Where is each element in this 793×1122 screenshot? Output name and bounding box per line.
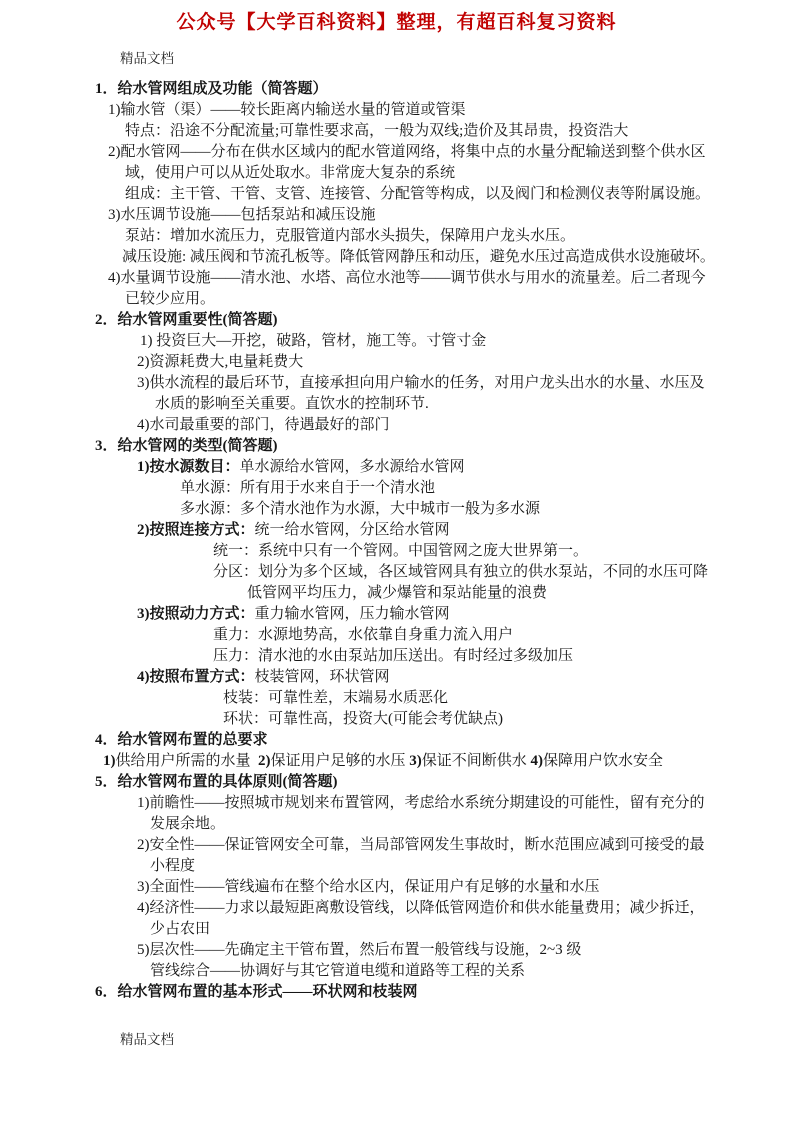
doc-line: 低管网平均压力，减少爆管和泵站能量的浪费 <box>95 583 760 604</box>
doc-text-segment: 3) <box>409 753 422 769</box>
doc-line: 压力：清水池的水由泵站加压送出。有时经过多级加压 <box>95 646 760 667</box>
doc-text-segment: 3)全面性——管线遍布在整个给水区内，保证用户有足够的水量和水压 <box>137 879 600 895</box>
doc-heading: 5．给水管网布置的具体原则(简答题) <box>95 772 760 793</box>
doc-heading: 1．给水管网组成及功能（简答题） <box>95 79 760 100</box>
doc-line: 1)前瞻性——按照城市规划来布置管网，考虑给水系统分期建设的可能性，留有充分的 <box>95 793 760 814</box>
doc-line: 1) 投资巨大—开挖，破路，管材，施工等。寸管寸金 <box>95 331 760 352</box>
doc-line: 3)供水流程的最后环节，直接承担向用户输水的任务，对用户龙头出水的水量、水压及 <box>95 373 760 394</box>
doc-line: 环状：可靠性高，投资大(可能会考优缺点) <box>95 709 760 730</box>
doc-line: 发展余地。 <box>95 814 760 835</box>
doc-text-segment: 1) 投资巨大—开挖，破路，管材，施工等。寸管寸金 <box>140 333 486 349</box>
doc-line: 1)按水源数目：单水源给水管网，多水源给水管网 <box>95 457 760 478</box>
doc-text-segment: 4)水量调节设施——清水池、水塔、高位水池等——调节供水与用水的流量差。后二者现… <box>108 270 706 286</box>
doc-line: 2)配水管网——分布在供水区域内的配水管道网络，将集中点的水量分配输送到整个供水… <box>95 142 760 163</box>
doc-line: 特点：沿途不分配流量;可靠性要求高，一般为双线;造价及其昂贵，投资浩大 <box>95 121 760 142</box>
doc-text-segment: 环状：可靠性高，投资大(可能会考优缺点) <box>223 711 503 727</box>
doc-text-segment: 单水源：所有用于水来自于一个清水池 <box>180 480 435 496</box>
doc-line: 分区：划分为多个区域，各区域管网具有独立的供水泵站，不同的水压可降 <box>95 562 760 583</box>
doc-text-segment: 1)输水管（渠）——较长距离内输送水量的管道或管渠 <box>108 102 466 118</box>
doc-line: 减压设施: 减压阀和节流孔板等。降低管网静压和动压，避免水压过高造成供水设施破坏… <box>95 247 760 268</box>
doc-line: 枝装：可靠性差，末端易水质恶化 <box>95 688 760 709</box>
doc-line: 3)按照动力方式：重力输水管网，压力输水管网 <box>95 604 760 625</box>
doc-text-segment: 3)按照动力方式： <box>137 606 255 622</box>
doc-text-segment: 小程度 <box>150 858 195 874</box>
doc-text-segment: 重力：水源地势高，水依靠自身重力流入用户 <box>213 627 513 643</box>
doc-text-segment: 4) <box>531 753 544 769</box>
doc-text-segment: 1) <box>103 753 116 769</box>
doc-text-segment: 3．给水管网的类型(简答题) <box>95 438 278 454</box>
doc-line: 管线综合——协调好与其它管道电缆和道路等工程的关系 <box>95 961 760 982</box>
doc-text-segment: 特点：沿途不分配流量;可靠性要求高，一般为双线;造价及其昂贵，投资浩大 <box>125 123 628 139</box>
doc-text-segment: 2)资源耗费大,电量耗费大 <box>137 354 303 370</box>
doc-text-segment: 1．给水管网组成及功能（简答题） <box>95 81 328 97</box>
doc-text-segment: 管线综合——协调好与其它管道电缆和道路等工程的关系 <box>150 963 525 979</box>
doc-text-segment: 2)安全性——保证管网安全可靠，当局部管网发生事故时，断水范围应减到可接受的最 <box>137 837 705 853</box>
doc-text-segment: 2) <box>258 753 271 769</box>
doc-text-segment: 保证不间断供水 <box>422 753 531 769</box>
doc-text-segment: 2)配水管网——分布在供水区域内的配水管道网络，将集中点的水量分配输送到整个供水… <box>108 144 706 160</box>
doc-line: 4)按照布置方式：枝装管网，环状管网 <box>95 667 760 688</box>
doc-line: 1)输水管（渠）——较长距离内输送水量的管道或管渠 <box>95 100 760 121</box>
doc-line: 1)供给用户所需的水量 2)保证用户足够的水压 3)保证不间断供水 4)保障用户… <box>95 751 760 772</box>
doc-line: 水质的影响至关重要。直饮水的控制环节. <box>95 394 760 415</box>
doc-heading: 6．给水管网布置的基本形式——环状网和枝装网 <box>95 982 760 1003</box>
doc-text-segment: 枝装：可靠性差，末端易水质恶化 <box>223 690 448 706</box>
doc-text-segment: 统一给水管网，分区给水管网 <box>255 522 450 538</box>
doc-line: 泵站：增加水流压力，克服管道内部水头损失，保障用户龙头水压。 <box>95 226 760 247</box>
doc-line: 4)水量调节设施——清水池、水塔、高位水池等——调节供水与用水的流量差。后二者现… <box>95 268 760 289</box>
doc-text-segment: 保证用户足够的水压 <box>271 753 410 769</box>
doc-text-segment: 分区：划分为多个区域，各区域管网具有独立的供水泵站，不同的水压可降 <box>213 564 708 580</box>
doc-line: 小程度 <box>95 856 760 877</box>
doc-line: 5)层次性——先确定主干管布置，然后布置一般管线与设施，2~3 级 <box>95 940 760 961</box>
doc-text-segment: 保障用户饮水安全 <box>543 753 663 769</box>
doc-text-segment: 压力：清水池的水由泵站加压送出。有时经过多级加压 <box>213 648 573 664</box>
doc-line: 3)水压调节设施——包括泵站和减压设施 <box>95 205 760 226</box>
doc-text-segment: 5)层次性——先确定主干管布置，然后布置一般管线与设施，2~3 级 <box>137 942 581 958</box>
doc-line: 重力：水源地势高，水依靠自身重力流入用户 <box>95 625 760 646</box>
doc-line: 4)经济性——力求以最短距离敷设管线，以降低管网造价和供水能量费用；减少拆迁， <box>95 898 760 919</box>
doc-text-segment: 域，使用户可以从近处取水。非常庞大复杂的系统 <box>125 165 455 181</box>
promo-header: 公众号【大学百科资料】整理，有超百科复习资料 <box>0 7 793 34</box>
doc-text-segment: 1)前瞻性——按照城市规划来布置管网，考虑给水系统分期建设的可能性，留有充分的 <box>137 795 705 811</box>
doc-text-segment: 5．给水管网布置的具体原则(简答题) <box>95 774 338 790</box>
doc-line: 2)资源耗费大,电量耗费大 <box>95 352 760 373</box>
doc-text-segment: 水质的影响至关重要。直饮水的控制环节. <box>155 396 429 412</box>
doc-text-segment: 3)水压调节设施——包括泵站和减压设施 <box>108 207 376 223</box>
doc-line: 域，使用户可以从近处取水。非常庞大复杂的系统 <box>95 163 760 184</box>
doc-text-segment: 低管网平均压力，减少爆管和泵站能量的浪费 <box>247 585 547 601</box>
doc-text-segment: 已较少应用。 <box>125 291 215 307</box>
doc-text-segment: 发展余地。 <box>150 816 225 832</box>
doc-line: 3)全面性——管线遍布在整个给水区内，保证用户有足够的水量和水压 <box>95 877 760 898</box>
doc-text-segment: 泵站：增加水流压力，克服管道内部水头损失，保障用户龙头水压。 <box>125 228 575 244</box>
doc-text-segment: 4)经济性——力求以最短距离敷设管线，以降低管网造价和供水能量费用；减少拆迁， <box>137 900 705 916</box>
doc-text-segment: 统一：系统中只有一个管网。中国管网之庞大世界第一。 <box>213 543 588 559</box>
doc-text-segment: 2．给水管网重要性(简答题) <box>95 312 278 328</box>
doc-text-segment: 4)水司最重要的部门，待遇最好的部门 <box>137 417 390 433</box>
doc-text-segment: 4)按照布置方式： <box>137 669 255 685</box>
doc-line: 2)安全性——保证管网安全可靠，当局部管网发生事故时，断水范围应减到可接受的最 <box>95 835 760 856</box>
document-page: 公众号【大学百科资料】整理，有超百科复习资料 精品文档 1．给水管网组成及功能（… <box>0 0 793 1122</box>
doc-text-segment: 2)按照连接方式： <box>137 522 255 538</box>
doc-line: 2)按照连接方式：统一给水管网，分区给水管网 <box>95 520 760 541</box>
doc-text-segment: 3)供水流程的最后环节，直接承担向用户输水的任务，对用户龙头出水的水量、水压及 <box>137 375 705 391</box>
doc-text-segment: 多水源：多个清水池作为水源，大中城市一般为多水源 <box>180 501 540 517</box>
doc-text-segment: 6．给水管网布置的基本形式——环状网和枝装网 <box>95 984 418 1000</box>
doc-text-segment: 1)按水源数目： <box>137 459 240 475</box>
watermark-top: 精品文档 <box>120 47 174 67</box>
doc-line: 已较少应用。 <box>95 289 760 310</box>
watermark-bottom: 精品文档 <box>120 1028 174 1048</box>
doc-heading: 2．给水管网重要性(简答题) <box>95 310 760 331</box>
doc-line: 多水源：多个清水池作为水源，大中城市一般为多水源 <box>95 499 760 520</box>
doc-text-segment: 少占农田 <box>150 921 210 937</box>
doc-text-segment: 枝装管网，环状管网 <box>255 669 390 685</box>
doc-text-segment: 单水源给水管网，多水源给水管网 <box>240 459 465 475</box>
doc-heading: 4．给水管网布置的总要求 <box>95 730 760 751</box>
doc-text-segment: 减压设施: 减压阀和节流孔板等。降低管网静压和动压，避免水压过高造成供水设施破坏… <box>122 249 715 265</box>
doc-text-segment: 组成：主干管、干管、支管、连接管、分配管等构成，以及阀门和检测仪表等附属设施。 <box>125 186 710 202</box>
document-body: 1．给水管网组成及功能（简答题）1)输水管（渠）——较长距离内输送水量的管道或管… <box>95 79 760 1003</box>
doc-text-segment: 供给用户所需的水量 <box>116 753 259 769</box>
doc-line: 组成：主干管、干管、支管、连接管、分配管等构成，以及阀门和检测仪表等附属设施。 <box>95 184 760 205</box>
doc-heading: 3．给水管网的类型(简答题) <box>95 436 760 457</box>
doc-text-segment: 4．给水管网布置的总要求 <box>95 732 268 748</box>
doc-text-segment: 重力输水管网，压力输水管网 <box>255 606 450 622</box>
doc-line: 统一：系统中只有一个管网。中国管网之庞大世界第一。 <box>95 541 760 562</box>
doc-line: 少占农田 <box>95 919 760 940</box>
doc-line: 4)水司最重要的部门，待遇最好的部门 <box>95 415 760 436</box>
doc-line: 单水源：所有用于水来自于一个清水池 <box>95 478 760 499</box>
